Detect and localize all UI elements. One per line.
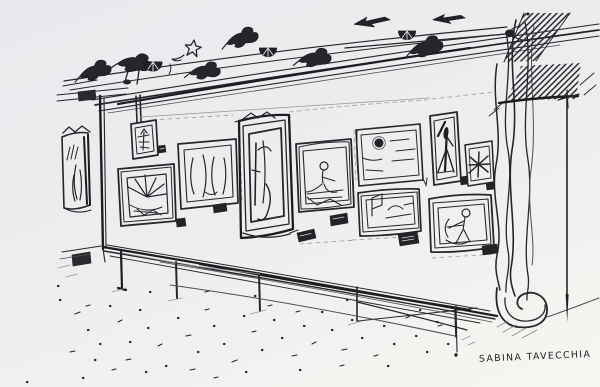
exhibit-label bbox=[330, 213, 348, 226]
dart-icon bbox=[433, 14, 465, 23]
dart-icon bbox=[354, 16, 391, 28]
exhibit-label bbox=[297, 229, 316, 242]
exhibit-label bbox=[486, 182, 495, 190]
frame-tall-figure bbox=[235, 112, 316, 242]
motif-bonsai bbox=[138, 129, 149, 150]
right-structure bbox=[489, 13, 596, 323]
exhibit-label bbox=[176, 218, 186, 227]
beam-left-junction bbox=[57, 88, 430, 123]
hatched-panel-lower bbox=[507, 63, 581, 100]
left-wall-frame bbox=[62, 126, 91, 212]
floor-stipple bbox=[27, 286, 448, 382]
exhibit-label bbox=[482, 244, 498, 255]
frame-bonsai bbox=[131, 120, 166, 159]
motif-archer bbox=[462, 209, 470, 217]
wall-corner-edge bbox=[100, 96, 103, 249]
ceiling-decorations bbox=[73, 14, 465, 84]
motif-standing-stones bbox=[191, 155, 226, 197]
frame-sun-landscape bbox=[356, 124, 427, 186]
motif-sun bbox=[375, 139, 384, 148]
signature-block: SABINA TAVECCHIA bbox=[454, 305, 591, 365]
fan-icon bbox=[259, 48, 276, 57]
motif-asterisk bbox=[469, 152, 490, 177]
motif-seated-figure bbox=[320, 162, 328, 170]
gallery-sketch: SABINA TAVECCHIA bbox=[0, 0, 600, 387]
motif-tall-figure bbox=[255, 143, 256, 205]
ink-dot bbox=[527, 13, 530, 16]
frame-seated-figure bbox=[296, 139, 354, 226]
frame-palm bbox=[118, 164, 186, 227]
frame-archer bbox=[429, 195, 498, 256]
star-icon bbox=[184, 39, 202, 57]
exhibit-label bbox=[398, 231, 419, 246]
frame-dark-figure bbox=[430, 112, 468, 185]
curtain-curl bbox=[496, 288, 599, 338]
artist-signature: SABINA TAVECCHIA bbox=[479, 349, 592, 365]
left-wall bbox=[58, 96, 106, 277]
sketch-canvas: SABINA TAVECCHIA bbox=[0, 0, 600, 387]
left-wall-base bbox=[58, 246, 101, 277]
exhibit-label bbox=[213, 203, 227, 213]
bird-foot bbox=[123, 80, 131, 85]
pencil-guides bbox=[152, 92, 495, 258]
floor-posts bbox=[112, 252, 477, 337]
frame-motif-scribble bbox=[67, 145, 78, 160]
gallery-wall bbox=[118, 92, 498, 258]
frame-asterisk bbox=[465, 141, 495, 190]
motif-palm bbox=[128, 175, 166, 197]
frame-abstract-flags bbox=[358, 189, 421, 246]
motif-flag bbox=[372, 194, 382, 216]
frame-standing-stones bbox=[178, 139, 238, 213]
fan-icon bbox=[398, 31, 415, 40]
bird-icon bbox=[220, 26, 259, 49]
ceiling-rail-upper bbox=[64, 27, 507, 81]
